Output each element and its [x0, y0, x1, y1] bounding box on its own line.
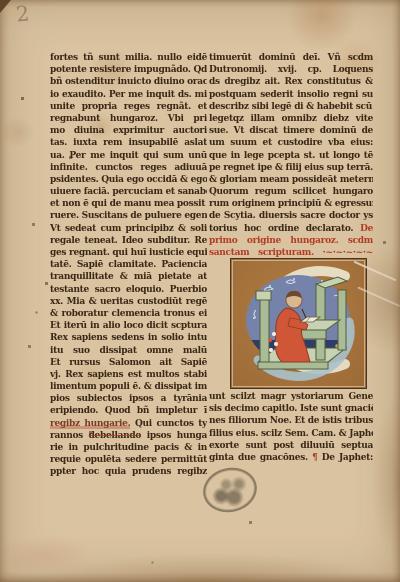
body-text: io exaudito. Per me inquit ds. mi	[50, 90, 207, 100]
body-text: sue. Vt discat timere dominū de	[209, 126, 373, 136]
body-text: um suum et custodire vba eius:	[209, 138, 373, 148]
text-line: infinite. cunctos reges adiuuā	[50, 162, 207, 174]
body-text: unite propria reges regnãt. et	[50, 102, 207, 112]
text-line: filius eius. scilz Sem. Cam. & Japhet	[209, 428, 373, 440]
body-text: rannos	[50, 431, 89, 441]
text-line: rie in pulchritudine pacis & in	[50, 442, 207, 454]
text-line: xx. Mia & ueritas custodiūt regē	[50, 296, 207, 308]
body-text: et non ē qui de manu mea possit e	[50, 199, 207, 209]
body-text: legetqz illam omnibz diebz vite	[209, 114, 373, 124]
right-text-column-top: timuerūt dominū deī. Vñ scdmDutronomij. …	[209, 52, 373, 259]
corner-dark-notch	[0, 0, 11, 13]
body-text: ipsos hunga	[141, 431, 207, 441]
text-line: tatē. Sapiē clamitate. Paciencia	[50, 259, 207, 271]
body-text: filius eius. scilz Sem. Cam. & Japhet	[209, 429, 373, 439]
text-line: pios subiectos ipsos a tyrānia	[50, 393, 207, 405]
body-text: testante sacro eloquio. Puerbio	[50, 285, 207, 295]
right-text-column-bottom: unt scilzt magr ystoriarum Genesis decim…	[209, 391, 373, 464]
body-text: sis decimo capitlo. Iste sunt gnaciō	[209, 404, 373, 414]
text-line: potente resistere impugnãdo. Qd	[50, 64, 207, 76]
body-text: De Japhet:	[318, 453, 373, 463]
body-text: itu suo dissipat omne malū	[50, 346, 207, 356]
body-text: exorte sunt post diluuiū septua	[209, 441, 373, 451]
text-line: et non ē qui de manu mea possit e	[50, 198, 207, 210]
body-text: regibz hungarie.	[50, 419, 130, 429]
text-line: de Scytia. diuersis sacre doctor ys	[209, 210, 373, 222]
body-text: describz sibi legē di & habebit scū.	[209, 102, 373, 112]
text-line: ua. Per me inquit qui sum unū	[50, 150, 207, 162]
text-line: tas. iuxta rem insupabilē aslat	[50, 137, 207, 149]
text-line: limentum populi ē. & dissipat im	[50, 381, 207, 393]
body-text: uiuere faciā. percuciam et sanabo	[50, 187, 207, 197]
body-text: mo diuina exprimitur auctori	[50, 126, 207, 136]
body-text: regnabunt hungaroz. Vbi pri	[50, 114, 207, 124]
body-text: nes filiorum Noe. Et de istis tribus	[209, 416, 373, 426]
body-text: postquam sederit insolio regni su	[209, 90, 373, 100]
body-text: ds dregibz ait. Rex constitutus &	[209, 77, 373, 87]
text-line: eripiendo. Quod bñ impletur ī	[50, 405, 207, 417]
scribe-miniature-drawing	[230, 258, 367, 389]
text-line: que in lege pcepta st. ut longo tē	[209, 150, 373, 162]
text-line: Vt sedeat cum principibz & soli	[50, 223, 207, 235]
text-line: ppter hoc quia prudens regibz	[50, 466, 207, 478]
text-line: tranquillitate & miā pietate at	[50, 271, 207, 283]
rubric-text: De	[360, 224, 373, 234]
body-text: ginta due gnacōnes.	[209, 453, 312, 463]
text-line: sis decimo capitlo. Iste sunt gnaciō	[209, 403, 373, 415]
text-line: rannos debellando ipsos hunga	[50, 430, 207, 442]
folio-number: 2	[15, 1, 31, 26]
body-text: Et rursus Salomon ait Sapiē	[50, 358, 207, 368]
text-line: pe regnet ipe & filij eius sup terrā.	[209, 162, 373, 174]
body-text: bñ ostenditur inuicto diuino orac	[50, 77, 207, 87]
text-line: ges regnant. qui huī iusticie equi	[50, 247, 207, 259]
body-text: rie in pulchritudine pacis & in	[50, 443, 207, 453]
body-text: infinite. cunctos reges adiuuā	[50, 163, 207, 173]
rubric-text: sanctam scripturam.	[209, 248, 323, 258]
body-text: Rex sapiens sedens in solio intu	[50, 333, 207, 343]
text-line: io exaudito. Per me inquit ds. mi	[50, 89, 207, 101]
body-text: Vt sedeat cum principibz & soli	[50, 224, 207, 234]
body-text: torius hoc ordine declarato.	[209, 224, 360, 234]
body-text: psidentes. Quia ego occidā & ego	[50, 175, 207, 185]
text-line: postquam sederit insolio regni su	[209, 89, 373, 101]
text-line: unite propria reges regnãt. et	[50, 101, 207, 113]
body-text: unt scilzt magr ystoriarum Gene	[209, 392, 373, 402]
body-text: & gloriam meam possideāt meternū.	[209, 175, 373, 185]
body-text: tranquillitate & miā pietate at	[50, 272, 207, 282]
body-text: Et iterū in alio loco dicit scptura	[50, 321, 207, 331]
body-text: debellando	[89, 431, 142, 441]
library-ink-stamp	[199, 463, 261, 517]
text-line: uiuere faciā. percuciam et sanabo	[50, 186, 207, 198]
body-text: Qui cunctos ty	[130, 419, 207, 429]
text-line: torius hoc ordine declarato. De	[209, 223, 373, 235]
body-text: tatē. Sapiē clamitate. Paciencia	[50, 260, 207, 270]
text-line: unt scilzt magr ystoriarum Gene	[209, 391, 373, 403]
body-text: rum originem principiū & egressum	[209, 199, 373, 209]
text-line: Rex sapiens sedens in solio intu	[50, 332, 207, 344]
body-text: & roboratur clemencia tronus ei	[50, 309, 207, 319]
body-text: Dutronomij. xvij. cp. Loquens	[209, 65, 373, 75]
body-text: ppter hoc quia prudens regibz	[50, 467, 207, 477]
body-text: timuerūt dominū deī. Vñ scdm	[209, 53, 373, 63]
text-line: ds dregibz ait. Rex constitutus &	[209, 76, 373, 88]
text-line: & roboratur clemencia tronus ei	[50, 308, 207, 320]
text-line: Et rursus Salomon ait Sapiē	[50, 357, 207, 369]
body-text: Quorum regum scilicet hungaro	[209, 187, 373, 197]
body-text: ges regnant. qui huī iusticie equi	[50, 248, 207, 258]
text-line: itu suo dissipat omne malū	[50, 345, 207, 357]
text-line: nes filiorum Noe. Et de istis tribus	[209, 415, 373, 427]
text-line: regibz hungarie. Qui cunctos ty	[50, 418, 207, 430]
body-text: regale teneat. Ideo subditur. Re	[50, 236, 207, 246]
body-text: ua. Per me inquit qui sum unū	[50, 151, 207, 161]
body-text: requie opulēta sedere permittūt	[50, 455, 207, 465]
text-line: Dutronomij. xvij. cp. Loquens	[209, 64, 373, 76]
text-line: regale teneat. Ideo subditur. Re	[50, 235, 207, 247]
body-text: fortes tñ sunt milia. nullo eidē	[50, 53, 207, 63]
illuminated-initial-miniature	[230, 258, 367, 389]
rubric-text: ·~·~·~·~·~	[323, 248, 373, 258]
text-line: um suum et custodire vba eius:	[209, 137, 373, 149]
text-line: mo diuina exprimitur auctori	[50, 125, 207, 137]
body-text: limentum populi ē. & dissipat im	[50, 382, 207, 392]
text-line: regnabunt hungaroz. Vbi pri	[50, 113, 207, 125]
text-line: describz sibi legē di & habebit scū.	[209, 101, 373, 113]
body-text: eripiendo. Quod bñ impletur ī	[50, 406, 207, 416]
text-line: Et iterū in alio loco dicit scptura	[50, 320, 207, 332]
text-line: timuerūt dominū deī. Vñ scdm	[209, 52, 373, 64]
text-line: ginta due gnacōnes. ¶ De Japhet:	[209, 452, 373, 464]
text-line: requie opulēta sedere permittūt	[50, 454, 207, 466]
text-line: testante sacro eloquio. Puerbio	[50, 284, 207, 296]
body-text: vj. Rex sapiens est multos stabi	[50, 370, 207, 380]
text-line: legetqz illam omnibz diebz vite	[209, 113, 373, 125]
text-line: bñ ostenditur inuicto diuino orac	[50, 76, 207, 88]
text-line: fortes tñ sunt milia. nullo eidē	[50, 52, 207, 64]
body-text: de Scytia. diuersis sacre doctor ys	[209, 211, 373, 221]
body-text: pios subiectos ipsos a tyrānia	[50, 394, 207, 404]
body-text: pe regnet ipe & filij eius sup terrā.	[209, 163, 373, 173]
text-line: exorte sunt post diluuiū septua	[209, 440, 373, 452]
text-line: vj. Rex sapiens est multos stabi	[50, 369, 207, 381]
text-line: ruere. Suscitans de puluere egen	[50, 210, 207, 222]
text-line: psidentes. Quia ego occidā & ego	[50, 174, 207, 186]
text-line: Quorum regum scilicet hungaro	[209, 186, 373, 198]
body-text: xx. Mia & ueritas custodiūt regē	[50, 297, 207, 307]
manuscript-page: 2 fortes tñ sunt milia. nullo eidēpotent…	[0, 0, 400, 582]
text-line: sue. Vt discat timere dominū de	[209, 125, 373, 137]
text-line: primo origine hungaroz. scdm	[209, 235, 373, 247]
left-text-column: fortes tñ sunt milia. nullo eidēpotente …	[50, 52, 207, 479]
rubric-text: primo origine hungaroz. scdm	[209, 236, 373, 246]
body-text: tas. iuxta rem insupabilē aslat	[50, 138, 207, 148]
body-text: potente resistere impugnãdo. Qd	[50, 65, 207, 75]
body-text: ruere. Suscitans de puluere egen	[50, 211, 207, 221]
text-line: rum originem principiū & egressum	[209, 198, 373, 210]
text-line: & gloriam meam possideāt meternū.	[209, 174, 373, 186]
body-text: que in lege pcepta st. ut longo tē	[209, 151, 373, 161]
